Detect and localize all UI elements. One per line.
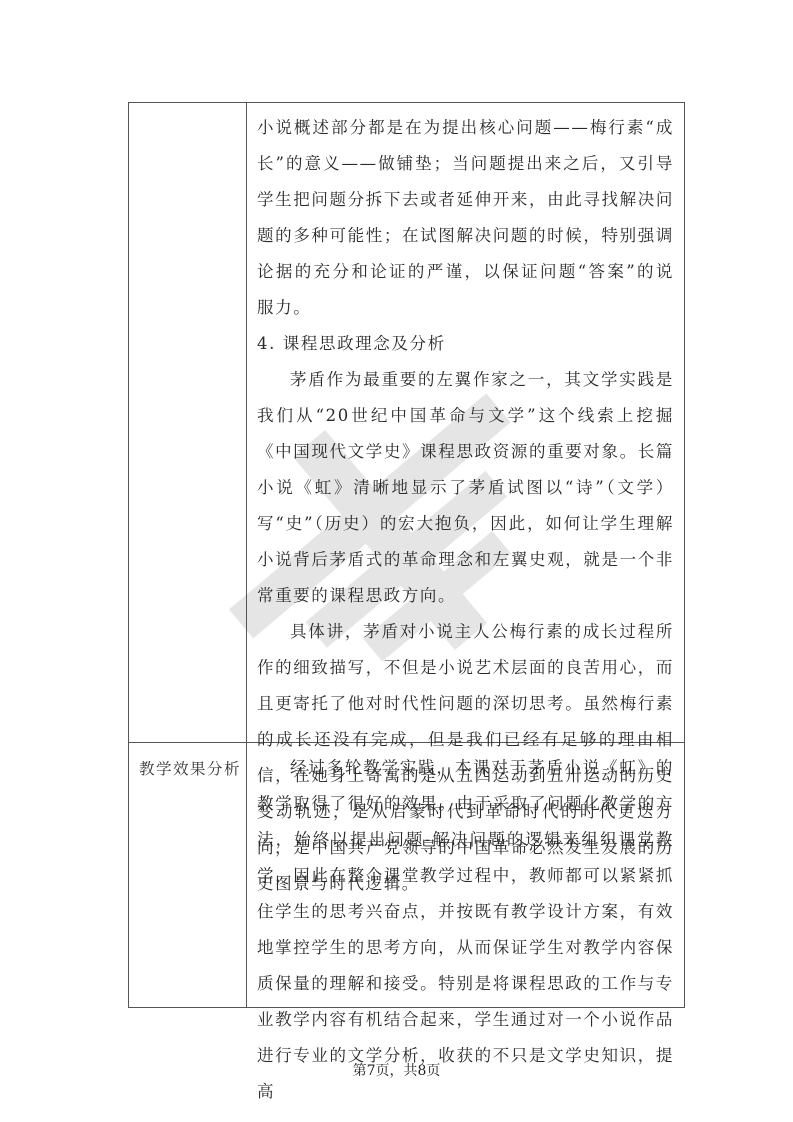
table-row-analysis-continued: 小说概述部分都是在为提出核心问题——梅行素“成长”的意义——做铺垫；当问题提出来… xyxy=(129,103,684,743)
course-design-table: 小说概述部分都是在为提出核心问题——梅行素“成长”的意义——做铺垫；当问题提出来… xyxy=(128,102,685,1008)
row-content-cell: 经过多轮教学实践，本课对于茅盾小说《虹》的教学取得了很好的效果。由于采取了问题化… xyxy=(247,743,684,1008)
row-label-cell xyxy=(129,103,247,742)
row-content-cell: 小说概述部分都是在为提出核心问题——梅行素“成长”的意义——做铺垫；当问题提出来… xyxy=(247,103,684,742)
body-paragraph: 茅盾作为最重要的左翼作家之一，其文学实践是我们从“20世纪中国革命与文学”这个线… xyxy=(257,362,674,614)
row-label-cell: 教学效果分析 xyxy=(129,743,247,1008)
document-page: 小说概述部分都是在为提出核心问题——梅行素“成长”的意义——做铺垫；当问题提出来… xyxy=(0,0,793,1122)
page-number-footer: 第7页，共8页 xyxy=(0,1060,793,1080)
section-heading-ideological-concept: 4. 课程思政理念及分析 xyxy=(257,326,674,362)
body-paragraph: 经过多轮教学实践，本课对于茅盾小说《虹》的教学取得了很好的效果。由于采取了问题化… xyxy=(257,750,674,1110)
continuation-paragraph: 小说概述部分都是在为提出核心问题——梅行素“成长”的意义——做铺垫；当问题提出来… xyxy=(257,110,674,326)
row-label-teaching-effect: 教学效果分析 xyxy=(129,743,246,779)
row-label xyxy=(129,103,246,117)
table-row-teaching-effect: 教学效果分析 经过多轮教学实践，本课对于茅盾小说《虹》的教学取得了很好的效果。由… xyxy=(129,743,684,1008)
